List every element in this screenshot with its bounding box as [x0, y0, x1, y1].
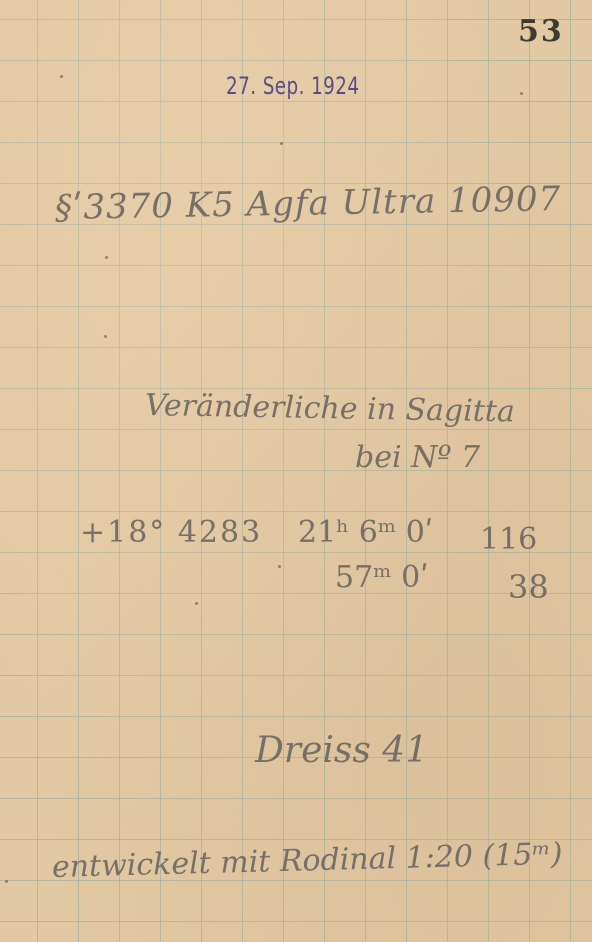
variable-star-reference: bei Nº 7 [355, 440, 480, 475]
declination-catalog: +18° 4283 [80, 515, 262, 550]
paper-speck [105, 256, 108, 259]
catalog-entry: §ʹ3370 K5 Agfa Ultra 10907 [55, 179, 562, 228]
paper-speck [195, 602, 198, 605]
variable-star-heading: Veränderliche in Sagitta [145, 388, 515, 429]
exposure-note: Dreiss 41 [255, 730, 428, 771]
development-note: entwickelt mit Rodinal 1:20 (15ᵐ) [52, 837, 563, 885]
right-ascension-1: 21ʰ 6ᵐ 0ʹ [298, 515, 433, 550]
coordinate-value-1: 116 [480, 522, 537, 557]
paper-speck [60, 75, 63, 78]
paper-speck [278, 565, 281, 568]
paper-speck [520, 92, 523, 95]
paper-speck [104, 335, 107, 338]
paper-speck [5, 880, 8, 883]
notebook-page: 53 27. Sep. 1924 §ʹ3370 K5 Agfa Ultra 10… [0, 0, 592, 942]
page-number: 53 [518, 14, 564, 49]
date-stamp: 27. Sep. 1924 [226, 72, 359, 100]
coordinate-value-2: 38 [508, 568, 549, 606]
right-ascension-2: 57ᵐ 0ʹ [335, 560, 429, 595]
paper-speck [280, 142, 283, 145]
